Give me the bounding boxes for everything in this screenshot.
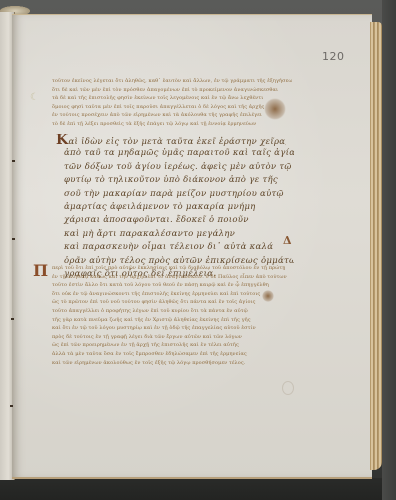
commentary-line: περὶ τοῦ ὅτι ἐπὶ τοῖς πρὸ αὐτῶν ἐκκλησία… xyxy=(52,264,292,273)
main-text-line: καὶ παρασκευὴν οἷμαι τέλειον δι᾿ αὐτὰ κα… xyxy=(56,241,294,254)
commentary-line: ὡς ἐπὶ τῶν προειρημένων ἐν τῇ ἀρχῇ τῆς ἐ… xyxy=(52,341,292,350)
sewing-mark xyxy=(12,238,15,240)
main-text-line: Καὶ ἰδὼν εἰς τὸν μετὰ ταῦτα ἐκεῖ ἐράστην… xyxy=(56,134,286,147)
sewing-mark xyxy=(10,405,13,407)
commentary-line: τοῦτο ἀπαγγέλλει ὁ προφήτης λέγων ἐπὶ το… xyxy=(52,307,292,316)
commentary-line: καὶ ὅτι ἐν τῷ τοῦ λόγου μυστηρίῳ καὶ ἐν … xyxy=(52,324,292,333)
marginal-circle-mark xyxy=(282,381,294,395)
folio-number: 120 xyxy=(322,50,345,63)
margin-crescent-mark: ☾ xyxy=(30,92,39,103)
main-text-line: χάρισαι ἀποσαφοῦνται. ἔδοκεῖ ὁ ποιοῦν xyxy=(56,214,294,227)
commentary-line: πρὸς δὲ τούτοις ἐν τῇ γραφῇ λέγει διὰ τῶ… xyxy=(52,333,292,342)
commentary-line: ὡς τὸ πρῶτον ἐπὶ τοῦ νοῦ τούτου φησὶν ἀλ… xyxy=(52,298,292,307)
commentary-line: τὰ δὲ καὶ τῆς ἐπιστολῆς φησὶν ἐκείνων το… xyxy=(52,94,292,103)
commentary-line: καὶ τῶν εἰρημένων ἀκολούθως ἐν τοῖς ἑξῆς… xyxy=(52,359,292,368)
main-text-line: ἀμαρτίας ἀφειλάμενον τὸ μακαρία μνήμη xyxy=(56,201,294,214)
marginal-letter-delta: Δ xyxy=(283,234,292,247)
initial-letter-k: Κ xyxy=(56,134,68,147)
commentary-line: ὅμοιος φησὶ ταῦτα μὲν ἐπὶ τοῖς παροῦσι ἀ… xyxy=(52,103,292,112)
commentary-top: τοῦτον ἐκεῖνος λέγεται ὅτι ἀληθῶς, καθ᾿ … xyxy=(52,77,292,129)
main-text-line: ἀπὸ ταῦ τα μηδαμῶς ὑμᾶς παραιτοῦ καὶ ταῖ… xyxy=(56,147,294,160)
table-surface-shadow xyxy=(0,478,396,500)
main-text-line: τῶν δόξων τοῦ ἁγίου ἱερέως. ἀφεὶς μὲν αὐ… xyxy=(56,161,294,174)
commentary-line: ἀλλὰ τὰ μὲν ταῦτα ὅσα ἐν τοῖς ἔμπροσθεν … xyxy=(52,350,292,359)
commentary-line: ἐν τῇ ἀληθείᾳ καθὼς καὶ τὴν ἀρχὴν ἐπὶ τὸ… xyxy=(52,273,292,282)
initial-letter-pi: Π xyxy=(33,261,48,280)
marginal-stain xyxy=(264,98,286,120)
main-text-line-content: αὶ ἰδὼν εἰς τὸν μετὰ ταῦτα ἐκεῖ ἐράστην … xyxy=(68,137,286,147)
commentary-line: ὅτι δὲ καὶ τῶν μὲν ἐπὶ τὸν πρόσθεν ἀπαγο… xyxy=(52,86,292,95)
main-text: Καὶ ἰδὼν εἰς τὸν μετὰ ταῦτα ἐκεῖ ἐράστην… xyxy=(56,134,294,281)
commentary-line: τῆς γὰρ κατὰ πνεῦμα ζωῆς καὶ τῆς ἐν Χρισ… xyxy=(52,316,292,325)
commentary-line: τοῦτο ἐστὶν ἄλλο ὅτι κατὰ τοῦ λόγου τοῦ … xyxy=(52,281,292,290)
commentary-line: τοῦτον ἐκεῖνος λέγεται ὅτι ἀληθῶς, καθ᾿ … xyxy=(52,77,292,86)
main-text-line: καὶ μὴ ἄρτι παρακαλέσαντο μεγάλην xyxy=(56,228,294,241)
sewing-mark xyxy=(11,318,14,320)
commentary-bottom: περὶ τοῦ ὅτι ἐπὶ τοῖς πρὸ αὐτῶν ἐκκλησία… xyxy=(52,264,292,367)
commentary-line: ὅτι οὐκ ἐν τῷ ἀναγινώσκοντι τῆς ἐπιστολῆ… xyxy=(52,290,292,299)
commentary-line: τὸ δὲ ἐπὶ τῇ λέξει προσθεὶς τὰ ἑξῆς ἐπάγ… xyxy=(52,120,292,129)
background-right xyxy=(382,0,396,500)
commentary-line: ἐν τούτοις προσέχειν ἀπὸ τῶν εἰρημένων κ… xyxy=(52,111,292,120)
main-text-line: σοῦ τὴν μακαρίαν παρὰ μείζον μυστηρίου α… xyxy=(56,188,294,201)
page-fore-edge xyxy=(370,22,382,470)
sewing-mark xyxy=(12,160,15,162)
marginal-stain xyxy=(262,290,274,302)
main-text-line: φυτίῳ τὸ τηλικοῦτον ὑπὸ διάκονον ἀπὸ γε … xyxy=(56,174,294,187)
